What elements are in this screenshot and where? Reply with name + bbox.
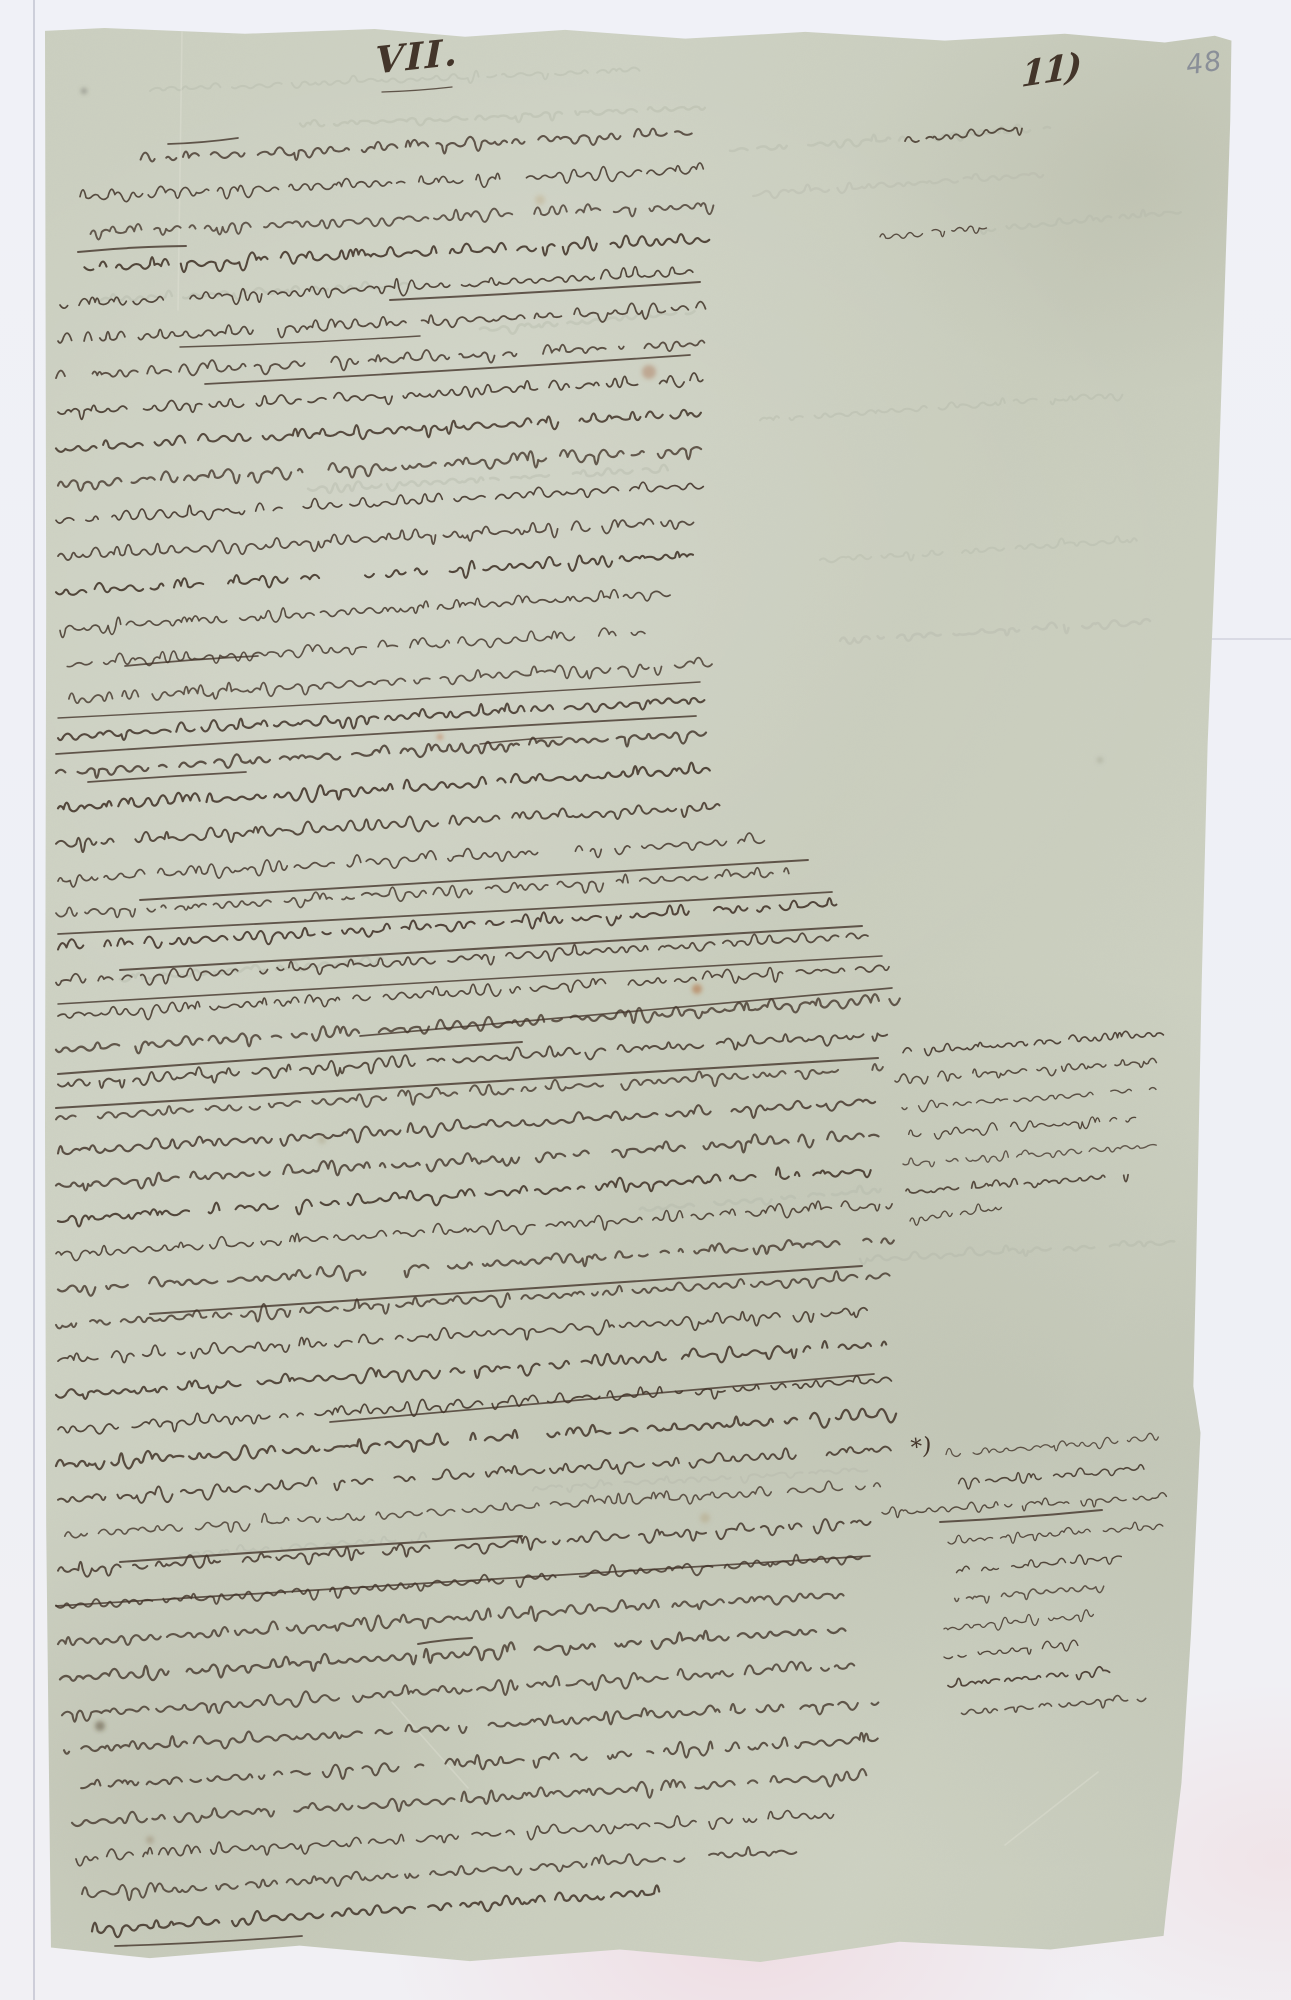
- scan-backing-seam-vertical: [33, 0, 35, 2000]
- folio-number-pencil: 48: [1184, 46, 1224, 82]
- scan-backing-seam-horizontal: [1212, 638, 1291, 640]
- chapter-heading: VII.: [375, 29, 459, 82]
- scan-background: VII. 11) 48 *): [0, 0, 1291, 2000]
- handwriting-layer: [0, 0, 1291, 2000]
- manuscript-page: VII. 11) 48 *): [45, 28, 1235, 1963]
- footnote-marker: *): [909, 1433, 933, 1461]
